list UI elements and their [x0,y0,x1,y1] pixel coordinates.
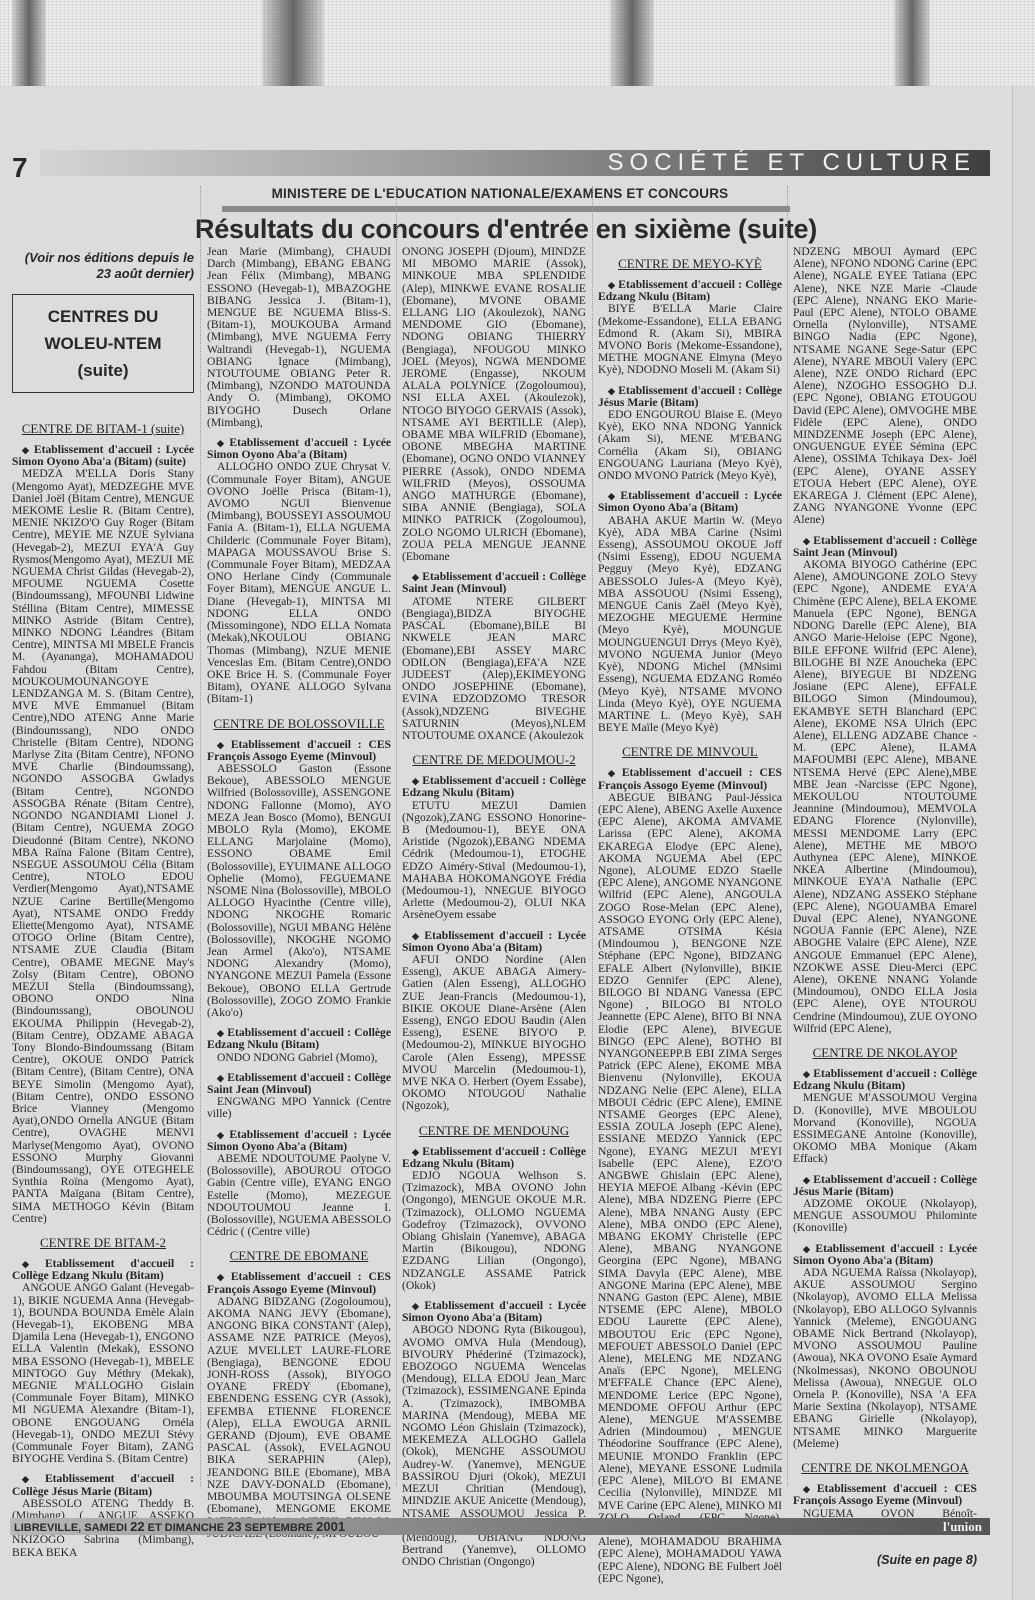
text-column-3: ONONG JOSEPH (Djoum), MINDZE MI MBOMO MA… [402,246,586,1569]
diamond-bullet-icon: ◆ [412,1147,419,1157]
establishment-label: Etablissement d'accueil : Collège Edzang… [402,1145,586,1170]
scanner-background-strip [0,0,1035,86]
establishment-heading: ◆Etablissement d'accueil : CES François … [793,1483,977,1507]
centre-heading: CENTRE DE BOLOSSOVILLE [207,716,391,731]
establishment-label: Etablissement d'accueil : CES François A… [207,1270,391,1295]
diamond-bullet-icon: ◆ [803,1484,814,1494]
establishment-label: Etablissement d'accueil : Collège Edzang… [402,774,586,799]
text-column-5: NDZENG MBOUI Aymard (EPC Alene), NFONO N… [793,246,977,1566]
establishment-label: Etablissement d'accueil : Collège Edzang… [598,278,782,303]
centre-heading: CENTRE DE NKOLMENGOA [793,1460,977,1475]
establishment-heading: ◆Etablissement d'accueil : Collège Jésus… [793,1174,977,1198]
diamond-bullet-icon: ◆ [22,1259,42,1269]
diamond-bullet-icon: ◆ [217,1272,228,1282]
establishment-heading: ◆Etablissement d'accueil : Collège Edzan… [402,1146,586,1170]
establishment-heading: ◆Etablissement d'accueil : Collège Saint… [402,571,586,595]
establishment-heading: ◆Etablissement d'accueil : Lycée Simon O… [207,437,391,461]
establishment-label: Etablissement d'accueil : Collège Jésus … [598,384,782,409]
diamond-bullet-icon: ◆ [217,1028,224,1038]
footer-banner: LIBREVILLE, SAMEDI 22 ET DIMANCHE 23 SEP… [10,1518,990,1535]
candidate-list: MEDZA M'ELLA Doris Stany (Mengomo Ayat),… [12,468,194,1225]
region-box-line: (suite) [17,357,189,384]
diamond-bullet-icon: ◆ [412,1301,421,1311]
diamond-bullet-icon: ◆ [608,768,619,778]
candidate-list: ONONG JOSEPH (Djoum), MINDZE MI MBOMO MA… [402,246,586,563]
establishment-heading: ◆Etablissement d'accueil : Collège Jésus… [598,385,782,409]
candidate-list: ABEME NDOUTOUME Paolyne V. (Bolossoville… [207,1153,391,1238]
candidate-list: ENGWANG MPO Yannick (Centre ville) [207,1096,391,1120]
candidate-list: ADA NGUEMA Raïssa (Nkolayop), AKUE ASSOU… [793,1267,977,1450]
establishment-label: Etablissement d'accueil : Lycée Simon Oy… [793,1242,977,1267]
candidate-list: Jean Marie (Mimbang), CHAUDI Darch (Mimb… [207,246,391,429]
diamond-bullet-icon: ◆ [217,1130,226,1140]
candidate-list: AKOMA BIYOGO Cathérine (EPC Alene), AMOU… [793,559,977,1035]
region-box-line: CENTRES DU [17,303,189,330]
section-banner: SOCIÉTÉ ET CULTURE [40,150,990,176]
column-divider [200,186,201,1486]
diamond-bullet-icon: ◆ [803,1069,810,1079]
kicker-rule [222,206,790,212]
candidate-list: BIYE B'ELLA Marie Claire (Mekome-Essando… [598,303,782,376]
centre-heading: CENTRE DE EBOMANE [207,1248,391,1263]
diamond-bullet-icon: ◆ [608,386,615,396]
establishment-label: Etablissement d'accueil : Collège Jésus … [793,1173,977,1198]
candidate-list: MENGUE M'ASSOUMOU Vergina D. (Konoville)… [793,1092,977,1165]
establishment-heading: ◆Etablissement d'accueil : Lycée Simon O… [793,1243,977,1267]
column-divider [396,186,397,1486]
establishment-heading: ◆Etablissement d'accueil : CES François … [207,739,391,763]
diamond-bullet-icon: ◆ [22,1474,42,1484]
establishment-heading: ◆Etablissement d'accueil : CES François … [598,767,782,791]
edition-date: LIBREVILLE, SAMEDI 22 ET DIMANCHE 23 SEP… [14,1518,345,1537]
column-divider [787,186,788,1486]
section-title: SOCIÉTÉ ET CULTURE [608,150,976,176]
newspaper-page: 7 SOCIÉTÉ ET CULTURE MINISTERE DE L'EDUC… [0,86,1013,1600]
footer-month: SEPTEMBRE [242,1522,317,1534]
establishment-label: Etablissement d'accueil : CES François A… [598,766,782,791]
diamond-bullet-icon: ◆ [608,280,615,290]
candidate-list: ADANG BIDZANG (Zogoloumou), AKOMA NANG J… [207,1296,391,1540]
diamond-bullet-icon: ◆ [412,572,419,582]
establishment-heading: ◆Etablissement d'accueil : Lycée Simon O… [12,444,194,468]
page-number: 7 [12,152,28,184]
ministry-kicker: MINISTERE DE L'EDUCATION NATIONALE/EXAME… [220,186,780,201]
footer-day1: 22 [130,1519,144,1534]
diamond-bullet-icon: ◆ [217,438,226,448]
candidate-list: ABAHA AKUE Martin W. (Meyo Kyè), ADA MBA… [598,515,782,735]
centre-heading: CENTRE DE MEYO-KYÈ [598,256,782,271]
text-column-2: Jean Marie (Mimbang), CHAUDI Darch (Mimb… [207,246,391,1540]
candidate-list: EDO ENGOUROU Blaise E. (Meyo Kyè), EKO N… [598,409,782,482]
candidate-list: ADZOME OKOUE (Nkolayop), MENGUE ASSOUMOU… [793,1198,977,1235]
establishment-label: Etablissement d'accueil : Lycée Simon Oy… [207,436,391,461]
diamond-bullet-icon: ◆ [803,536,810,546]
establishment-heading: ◆Etablissement d'accueil : Collège Edzan… [598,279,782,303]
centre-heading: CENTRE DE MINVOUL [598,744,782,759]
establishment-heading: ◆Etablissement d'accueil : Collège Edzan… [12,1258,194,1282]
establishment-label: Etablissement d'accueil : Lycée Simon Oy… [402,1299,586,1324]
diamond-bullet-icon: ◆ [803,1175,810,1185]
candidate-list: AFUI ONDO Nordine (Alen Esseng), AKUE AB… [402,954,586,1113]
scan-shadow-stripe [262,0,324,86]
establishment-heading: ◆Etablissement d'accueil : Lycée Simon O… [207,1129,391,1153]
diamond-bullet-icon: ◆ [608,491,617,501]
establishment-label: Etablissement d'accueil : CES François A… [207,738,391,763]
establishment-heading: ◆Etablissement d'accueil : Lycée Simon O… [402,1300,586,1324]
establishment-label: Etablissement d'accueil : Collège Edzang… [207,1026,391,1051]
establishment-label: Etablissement d'accueil : Lycée Simon Oy… [207,1128,391,1153]
centre-heading: CENTRE DE MEDOUMOU-2 [402,752,586,767]
candidate-list: ETUTU MEZUI Damien (Ngozok),ZANG ESSONO … [402,800,586,922]
centre-heading: CENTRE DE BITAM-1 (suite) [12,421,194,436]
candidate-list: ATOME NTERE GILBERT (Bengiaga),BIDZA BIY… [402,596,586,742]
establishment-heading: ◆Etablissement d'accueil : Lycée Simon O… [598,490,782,514]
establishment-heading: ◆Etablissement d'accueil : Collège Edzan… [402,775,586,799]
establishment-heading: ◆Etablissement d'accueil : Collège Edzan… [207,1027,391,1051]
establishment-label: Etablissement d'accueil : Lycée Simon Oy… [402,929,586,954]
diamond-bullet-icon: ◆ [803,1244,812,1254]
establishment-heading: ◆Etablissement d'accueil : Collège Edzan… [793,1068,977,1092]
establishment-label: Etablissement d'accueil : Lycée Simon Oy… [12,443,194,468]
newspaper-name: l'union [943,1518,982,1535]
region-box: CENTRES DU WOLEU-NTEM (suite) [12,294,194,393]
establishment-heading: ◆Etablissement d'accueil : Collège Saint… [207,1072,391,1096]
footer-day2: 23 [227,1519,241,1534]
diamond-bullet-icon: ◆ [412,931,421,941]
scan-shadow-stripe [610,0,654,86]
establishment-heading: ◆Etablissement d'accueil : Collège Jésus… [12,1473,194,1497]
candidate-list: ABEGUE BIBANG Paul-Jéssica (EPC Alene), … [598,792,782,1585]
diamond-bullet-icon: ◆ [22,445,31,455]
see-editions-note: (Voir nos éditions depuis le 23 août der… [12,250,194,282]
article-headline: Résultats du concours d'entrée en sixièm… [0,214,1012,245]
centre-heading: CENTRE DE NKOLAYOP [793,1045,977,1060]
diamond-bullet-icon: ◆ [217,740,228,750]
scan-shadow-stripe [894,0,930,86]
establishment-label: Etablissement d'accueil : Collège Saint … [793,534,977,559]
region-box-line: WOLEU-NTEM [17,330,189,357]
establishment-heading: ◆Etablissement d'accueil : Collège Saint… [793,535,977,559]
text-column-1: (Voir nos éditions depuis le 23 août der… [12,246,194,1559]
establishment-label: Etablissement d'accueil : Collège Saint … [207,1071,391,1096]
footer-city: LIBREVILLE, SAMEDI [14,1522,130,1534]
footer-year: 2001 [316,1519,345,1534]
candidate-list: ABESSOLO Gaston (Essone Bekoue), ABESSOL… [207,763,391,1019]
footer-mid: ET DIMANCHE [145,1522,228,1534]
candidate-list: ANGOUE ANGO Galant (Hevegab-1), BIKIE NG… [12,1282,194,1465]
continued-note: (Suite en page 8) [793,1554,977,1566]
establishment-label: Etablissement d'accueil : Collège Edzang… [793,1067,977,1092]
scan-shadow-stripe [12,0,46,86]
centre-heading: CENTRE DE MENDOUNG [402,1123,586,1138]
candidate-list: EDJO NGOUA Welhson S. (Tzimazock), MBA O… [402,1170,586,1292]
establishment-heading: ◆Etablissement d'accueil : Lycée Simon O… [402,930,586,954]
establishment-label: Etablissement d'accueil : CES François A… [793,1482,977,1507]
diamond-bullet-icon: ◆ [217,1073,224,1083]
candidate-list: NDZENG MBOUI Aymard (EPC Alene), NFONO N… [793,246,977,527]
centre-heading: CENTRE DE BITAM-2 [12,1235,194,1250]
candidate-list: ALLOGHO ONDO ZUE Chrysat V. (Communale F… [207,461,391,705]
diamond-bullet-icon: ◆ [412,776,419,786]
column-divider [592,186,593,1486]
candidate-list: ONDO NDONG Gabriel (Momo), [207,1052,391,1064]
establishment-label: Etablissement d'accueil : Collège Saint … [402,570,586,595]
text-column-4: CENTRE DE MEYO-KYÈ◆Etablissement d'accue… [598,246,782,1585]
establishment-label: Etablissement d'accueil : Lycée Simon Oy… [598,489,782,514]
establishment-heading: ◆Etablissement d'accueil : CES François … [207,1271,391,1295]
